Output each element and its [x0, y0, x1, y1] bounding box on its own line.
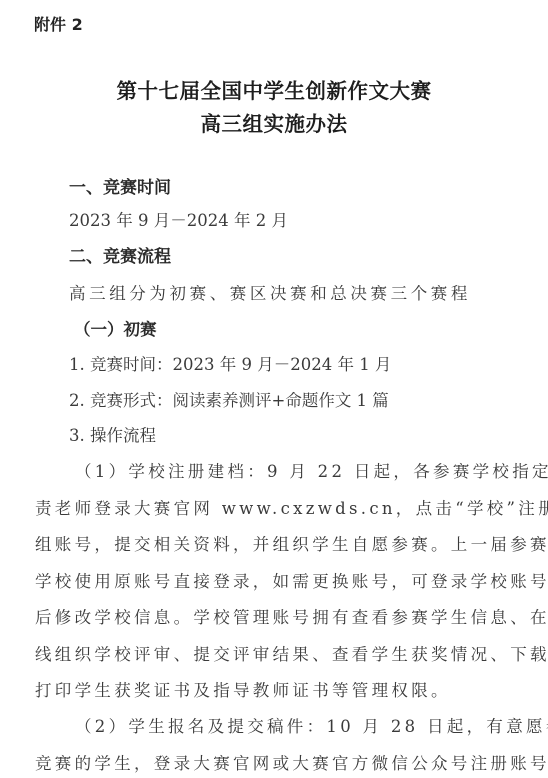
paragraph-line: 打印学生获奖证书及指导教师证书等管理权限。 — [35, 677, 451, 701]
paragraph-line: 后修改学校信息。学校管理账号拥有查看参赛学生信息、在 — [35, 604, 548, 628]
paragraph-line: （2）学生报名及提交稿件：10 月 28 日起，有意愿参与 — [75, 713, 548, 737]
paragraph-line: 竞赛的学生，登录大赛官网或大赛官方微信公众号注册账号， — [35, 750, 548, 774]
paragraph-line: 学校使用原账号直接登录，如需更换账号，可登录学校账号 — [35, 568, 548, 592]
section-text-time: 2023 年 9 月－2024 年 2 月 — [69, 207, 288, 231]
paragraph-line: 责老师登录大赛官网 www.cxzwds.cn，点击“学校”注册高三 — [35, 495, 548, 519]
document-title-line-1: 第十七届全国中学生创新作文大赛 — [0, 74, 548, 104]
attachment-label: 附件 2 — [34, 12, 83, 35]
section-heading-process: 二、竞赛流程 — [69, 242, 171, 267]
list-item-procedure: 3. 操作流程 — [69, 422, 156, 446]
document-title-line-2: 高三组实施办法 — [0, 107, 548, 137]
section-text-process: 高三组分为初赛、赛区决赛和总决赛三个赛程 — [69, 280, 471, 304]
section-heading-time: 一、竞赛时间 — [69, 173, 171, 198]
list-item-time: 1. 竞赛时间：2023 年 9 月－2024 年 1 月 — [69, 351, 391, 375]
subsection-heading-preliminary: （一）初赛 — [74, 316, 157, 340]
paragraph-line: 组账号，提交相关资料，并组织学生自愿参赛。上一届参赛 — [35, 531, 548, 555]
paragraph-line: 线组织学校评审、提交评审结果、查看学生获奖情况、下载 — [35, 641, 548, 665]
paragraph-line: （1）学校注册建档：9 月 22 日起，各参赛学校指定负 — [75, 458, 548, 482]
list-item-format: 2. 竞赛形式：阅读素养测评+命题作文 1 篇 — [69, 387, 389, 411]
